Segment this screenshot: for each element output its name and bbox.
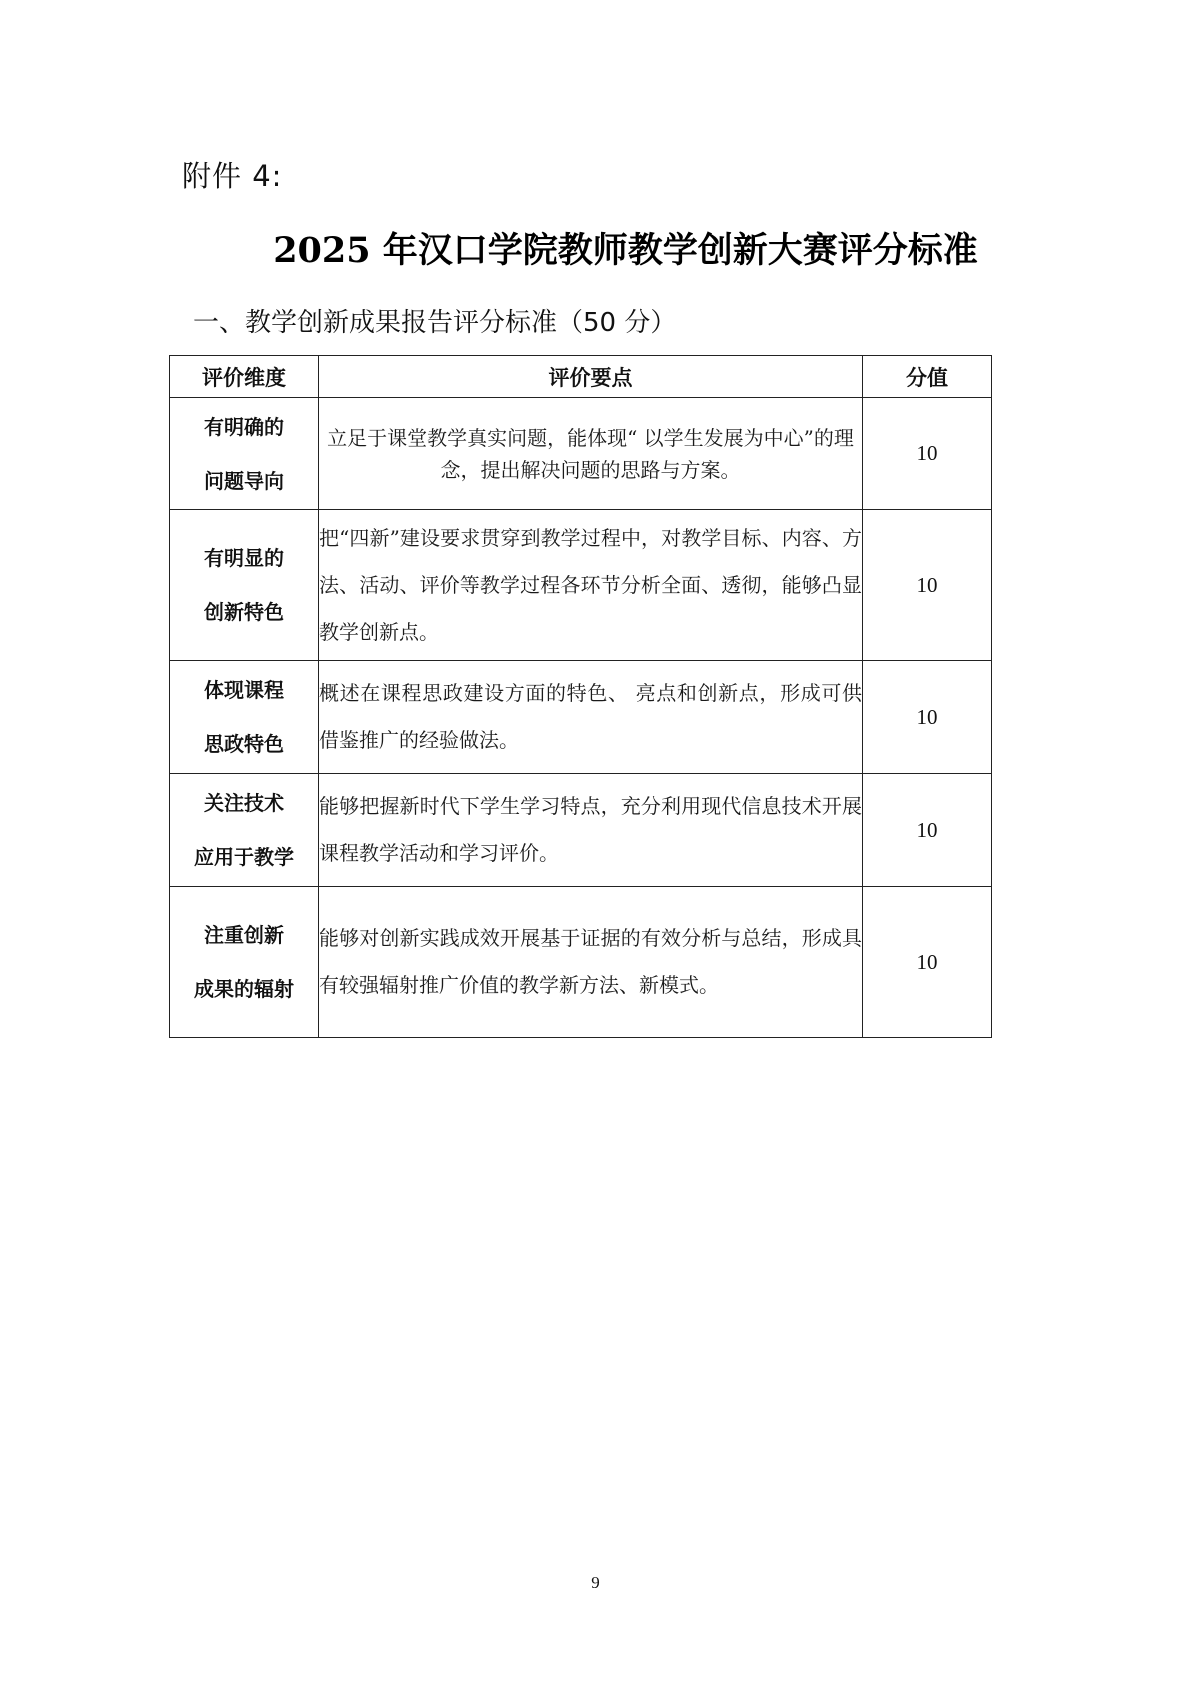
dimension-cell: 有明确的 问题导向 (170, 398, 319, 510)
dimension-cell: 体现课程 思政特色 (170, 661, 319, 774)
header-points: 评价要点 (319, 356, 863, 398)
score-cell: 10 (863, 510, 992, 661)
dimension-line: 创新特色 (170, 585, 318, 639)
dimension-cell: 注重创新 成果的辐射 (170, 887, 319, 1038)
points-cell: 立足于课堂教学真实问题，能体现“ 以学生发展为中心”的理念，提出解决问题的思路与… (319, 398, 863, 510)
dimension-line: 有明显的 (170, 531, 318, 585)
dimension-cell: 关注技术 应用于教学 (170, 774, 319, 887)
header-dimension: 评价维度 (170, 356, 319, 398)
score-cell: 10 (863, 398, 992, 510)
page-number: 9 (0, 1573, 1191, 1593)
dimension-line: 成果的辐射 (170, 962, 318, 1016)
points-cell: 能够对创新实践成效开展基于证据的有效分析与总结，形成具有较强辐射推广价值的教学新… (319, 887, 863, 1038)
dimension-line: 有明确的 (170, 400, 318, 454)
table-row: 有明确的 问题导向 立足于课堂教学真实问题，能体现“ 以学生发展为中心”的理念，… (170, 398, 992, 510)
table-row: 关注技术 应用于教学 能够把握新时代下学生学习特点，充分利用现代信息技术开展课程… (170, 774, 992, 887)
points-cell: 能够把握新时代下学生学习特点，充分利用现代信息技术开展课程教学活动和学习评价。 (319, 774, 863, 887)
section-heading: 一、教学创新成果报告评分标准（50 分） (193, 305, 676, 341)
points-cell: 概述在课程思政建设方面的特色、 亮点和创新点，形成可供借鉴推广的经验做法。 (319, 661, 863, 774)
scoring-criteria-table: 评价维度 评价要点 分值 有明确的 问题导向 立足于课堂教学真实问题，能体现“ … (169, 355, 992, 1038)
dimension-line: 注重创新 (170, 908, 318, 962)
table-row: 注重创新 成果的辐射 能够对创新实践成效开展基于证据的有效分析与总结，形成具有较… (170, 887, 992, 1038)
points-cell: 把“四新”建设要求贯穿到教学过程中，对教学目标、内容、方法、活动、评价等教学过程… (319, 510, 863, 661)
dimension-line: 思政特色 (170, 717, 318, 771)
dimension-line: 关注技术 (170, 776, 318, 830)
score-cell: 10 (863, 887, 992, 1038)
dimension-line: 体现课程 (170, 663, 318, 717)
table-row: 体现课程 思政特色 概述在课程思政建设方面的特色、 亮点和创新点，形成可供借鉴推… (170, 661, 992, 774)
score-cell: 10 (863, 774, 992, 887)
attachment-label: 附件 4: (182, 156, 282, 196)
header-score: 分值 (863, 356, 992, 398)
dimension-line: 问题导向 (170, 454, 318, 508)
dimension-cell: 有明显的 创新特色 (170, 510, 319, 661)
dimension-line: 应用于教学 (170, 830, 318, 884)
score-cell: 10 (863, 661, 992, 774)
table-header-row: 评价维度 评价要点 分值 (170, 356, 992, 398)
table-row: 有明显的 创新特色 把“四新”建设要求贯穿到教学过程中，对教学目标、内容、方法、… (170, 510, 992, 661)
document-title: 2025 年汉口学院教师教学创新大赛评分标准 (0, 228, 1191, 274)
